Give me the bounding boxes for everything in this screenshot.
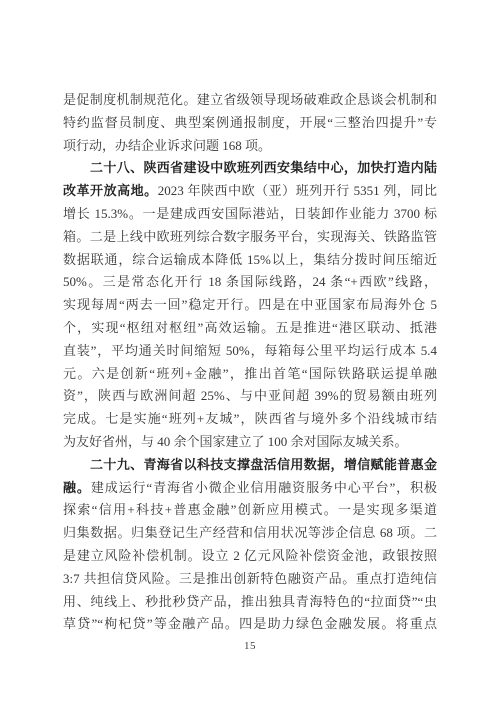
text-run: 个，实现“枢纽对枢纽”高效运输。五是推进“港区联动、抵港 [63,320,437,335]
text-line: 项行动，办结企业诉求问题 168 项。 [63,135,437,158]
text-run: 增长 15.3%。一是建成西安国际港站，日装卸作业能力 3700 标 [63,206,437,221]
text-run: 3:7 共担信贷风险。三是推出创新特色融资产品。重点打造纯信 [63,571,437,586]
text-line: 数据联通，综合运输成本降低 15%以上，集结分拨时间压缩近 [63,249,437,272]
text-run: 元。六是创新“班列+金融”，推出首笔“国际铁路联运提单融 [63,366,437,381]
text-line: 特约监督员制度、典型案例通报制度，开展“三整治四提升”专 [63,112,437,135]
text-line: 资”，陕西与欧洲间超 25%、与中亚间超 39%的贸易额由班列 [63,385,437,408]
heading-run: 二十九、青海省以科技支撑盘活信用数据，增信赋能普惠金 [90,457,437,472]
text-line: 用、纯线上、秒批秒贷产品，推出独具青海特色的“拉面贷”“虫 [63,591,437,614]
text-block: 是促制度机制规范化。建立省级领导现场破难政企恳谈会机制和特约监督员制度、典型案例… [63,89,437,636]
text-line: 融。建成运行“青海省小微企业信用融资服务中心平台”，积极 [63,477,437,500]
text-run: 资”，陕西与欧洲间超 25%、与中亚间超 39%的贸易额由班列 [63,388,437,403]
text-line: 二十八、陕西省建设中欧班列西安集结中心，加快打造内陆 [63,157,437,180]
heading-run: 二十八、陕西省建设中欧班列西安集结中心，加快打造内陆 [90,160,437,175]
text-run: 实现每周“两去一回”稳定开行。四是在中亚国家布局海外仓 5 [63,297,437,312]
text-run: 50%。三是常态化开行 18 条国际线路，24 条“+西欧”线路， [63,274,437,289]
text-run: 2023 年陕西中欧（亚）班列开行 5351 列，同比 [158,183,437,198]
text-line: 直装”，平均通关时间缩短 50%，每箱每公里平均运行成本 5.4 [63,340,437,363]
text-line: 探索“信用+科技+普惠金融”创新应用模式。一是实现多渠道 [63,499,437,522]
text-run: 归集数据。归集登记生产经营和信用状况等涉企信息 68 项。二 [63,525,437,540]
text-run: 草贷”“枸杞贷”等金融产品。四是助力绿色金融发展。将重点 [63,616,437,631]
text-line: 完成。七是实施“班列+友城”，陕西省与境外多个沿线城市结 [63,408,437,431]
text-line: 草贷”“枸杞贷”等金融产品。四是助力绿色金融发展。将重点 [63,613,437,636]
heading-run: 改革开放高地。 [63,183,158,198]
text-run: 是促制度机制规范化。建立省级领导现场破难政企恳谈会机制和 [63,92,437,107]
text-line: 箱。二是上线中欧班列综合数字服务平台，实现海关、铁路监管 [63,226,437,249]
text-run: 项行动，办结企业诉求问题 168 项。 [63,138,271,153]
text-run: 建成运行“青海省小微企业信用融资服务中心平台”，积极 [91,480,437,495]
text-line: 改革开放高地。2023 年陕西中欧（亚）班列开行 5351 列，同比 [63,180,437,203]
document-page: 是促制度机制规范化。建立省级领导现场破难政企恳谈会机制和特约监督员制度、典型案例… [0,0,500,707]
text-run: 为友好省州，与 40 余个国家建立了 100 余对国际友城关系。 [63,434,408,449]
text-run: 探索“信用+科技+普惠金融”创新应用模式。一是实现多渠道 [63,502,437,517]
text-run: 直装”，平均通关时间缩短 50%，每箱每公里平均运行成本 5.4 [63,343,437,358]
text-line: 增长 15.3%。一是建成西安国际港站，日装卸作业能力 3700 标 [63,203,437,226]
text-line: 归集数据。归集登记生产经营和信用状况等涉企信息 68 项。二 [63,522,437,545]
text-line: 为友好省州，与 40 余个国家建立了 100 余对国际友城关系。 [63,431,437,454]
text-run: 是建立风险补偿机制。设立 2 亿元风险补偿资金池，政银按照 [63,548,437,563]
text-line: 3:7 共担信贷风险。三是推出创新特色融资产品。重点打造纯信 [63,568,437,591]
text-run: 特约监督员制度、典型案例通报制度，开展“三整治四提升”专 [63,115,437,130]
text-line: 是建立风险补偿机制。设立 2 亿元风险补偿资金池，政银按照 [63,545,437,568]
text-run: 数据联通，综合运输成本降低 15%以上，集结分拨时间压缩近 [63,252,437,267]
heading-run: 融。 [63,480,91,495]
text-line: 实现每周“两去一回”稳定开行。四是在中亚国家布局海外仓 5 [63,294,437,317]
text-run: 箱。二是上线中欧班列综合数字服务平台，实现海关、铁路监管 [63,229,437,244]
text-run: 完成。七是实施“班列+友城”，陕西省与境外多个沿线城市结 [63,411,437,426]
text-line: 是促制度机制规范化。建立省级领导现场破难政企恳谈会机制和 [63,89,437,112]
text-line: 个，实现“枢纽对枢纽”高效运输。五是推进“港区联动、抵港 [63,317,437,340]
text-line: 元。六是创新“班列+金融”，推出首笔“国际铁路联运提单融 [63,363,437,386]
text-line: 二十九、青海省以科技支撑盘活信用数据，增信赋能普惠金 [63,454,437,477]
page-number: 15 [0,639,500,654]
text-run: 用、纯线上、秒批秒贷产品，推出独具青海特色的“拉面贷”“虫 [63,594,437,609]
text-line: 50%。三是常态化开行 18 条国际线路，24 条“+西欧”线路， [63,271,437,294]
